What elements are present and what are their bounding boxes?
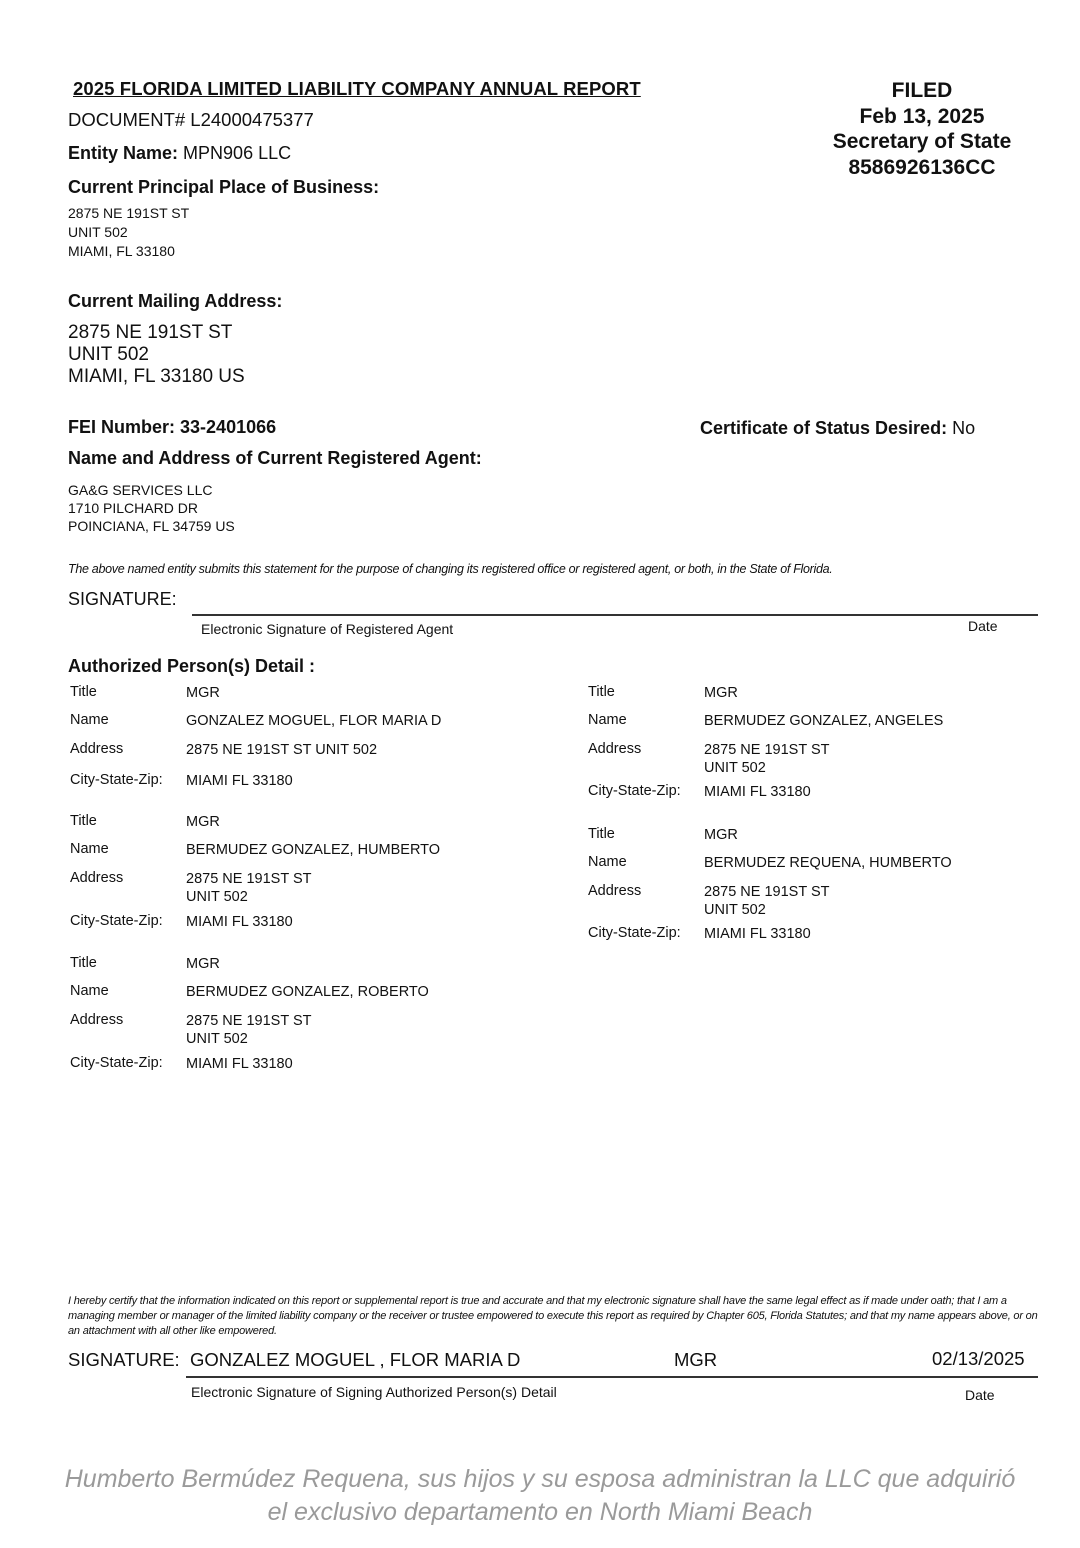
address-line: POINCIANA, FL 34759 US — [68, 517, 235, 535]
city-state-zip-label: City-State-Zip: — [70, 913, 163, 929]
authorized-person: Title MGR Name GONZALEZ MOGUEL, FLOR MAR… — [70, 684, 550, 794]
address-line: MIAMI, FL 33180 US — [68, 366, 245, 388]
title-label: Title — [70, 684, 97, 700]
authorized-person: Title MGR Name BERMUDEZ REQUENA, HUMBERT… — [588, 826, 1028, 946]
principal-place-address: 2875 NE 191ST ST UNIT 502 MIAMI, FL 3318… — [68, 204, 189, 261]
fei-number: FEI Number: 33-2401066 — [68, 417, 276, 438]
person-title: MGR — [704, 684, 738, 702]
person-name: BERMUDEZ GONZALEZ, HUMBERTO — [186, 841, 440, 859]
title-label: Title — [70, 813, 97, 829]
filed-stamp: FILED Feb 13, 2025 Secretary of State 85… — [812, 78, 1032, 180]
address-line: UNIT 502 — [68, 223, 189, 242]
city-state-zip-label: City-State-Zip: — [70, 772, 163, 788]
person-address: 2875 NE 191ST ST UNIT 502 — [186, 741, 377, 759]
person-title: MGR — [186, 813, 220, 831]
agent-signature-label: SIGNATURE: — [68, 589, 177, 610]
title-label: Title — [588, 826, 615, 842]
mailing-address: 2875 NE 191ST ST UNIT 502 MIAMI, FL 3318… — [68, 322, 245, 388]
address-line: 2875 NE 191ST ST — [68, 204, 189, 223]
person-address: 2875 NE 191ST ST UNIT 502 — [186, 870, 311, 906]
address-line: 1710 PILCHARD DR — [68, 499, 235, 517]
registered-agent-heading: Name and Address of Current Registered A… — [68, 448, 482, 469]
name-label: Name — [70, 983, 109, 999]
filed-status: FILED — [812, 78, 1032, 104]
address-line: UNIT 502 — [186, 1030, 311, 1048]
name-label: Name — [70, 712, 109, 728]
person-city-state-zip: MIAMI FL 33180 — [186, 1055, 293, 1073]
fei-value: 33-2401066 — [180, 417, 276, 437]
certificate-status-value: No — [952, 418, 975, 438]
address-line: 2875 NE 191ST ST — [68, 322, 245, 344]
person-title: MGR — [704, 826, 738, 844]
person-city-state-zip: MIAMI FL 33180 — [704, 925, 811, 943]
person-name: GONZALEZ MOGUEL, FLOR MARIA D — [186, 712, 441, 730]
entity-name-value: MPN906 LLC — [183, 143, 291, 163]
address-line: 2875 NE 191ST ST — [186, 1012, 311, 1030]
person-city-state-zip: MIAMI FL 33180 — [186, 772, 293, 790]
certificate-status-label: Certificate of Status Desired: — [700, 418, 947, 438]
name-label: Name — [70, 841, 109, 857]
person-name: BERMUDEZ REQUENA, HUMBERTO — [704, 854, 952, 872]
authorized-signer-title: MGR — [674, 1349, 717, 1371]
agent-statement: The above named entity submits this stat… — [68, 562, 832, 576]
agent-signature-line — [192, 614, 1038, 616]
authorized-person: Title MGR Name BERMUDEZ GONZALEZ, ROBERT… — [70, 955, 550, 1075]
address-label: Address — [70, 741, 123, 757]
authorized-person: Title MGR Name BERMUDEZ GONZALEZ, ANGELE… — [588, 684, 1028, 804]
city-state-zip-label: City-State-Zip: — [588, 783, 681, 799]
authorized-signature-label: SIGNATURE: — [68, 1349, 180, 1371]
agent-name: GA&G SERVICES LLC — [68, 481, 235, 499]
address-label: Address — [588, 741, 641, 757]
person-city-state-zip: MIAMI FL 33180 — [186, 913, 293, 931]
report-title: 2025 FLORIDA LIMITED LIABILITY COMPANY A… — [73, 78, 641, 100]
address-line: UNIT 502 — [68, 344, 245, 366]
filed-date: Feb 13, 2025 — [812, 104, 1032, 130]
title-label: Title — [588, 684, 615, 700]
photo-caption: Humberto Bermúdez Requena, sus hijos y s… — [60, 1463, 1020, 1529]
fei-label: FEI Number: — [68, 417, 175, 437]
authorized-signature-date: 02/13/2025 — [932, 1348, 1025, 1370]
entity-name: Entity Name: MPN906 LLC — [68, 143, 291, 164]
address-line: MIAMI, FL 33180 — [68, 242, 189, 261]
address-label: Address — [70, 1012, 123, 1028]
title-label: Title — [70, 955, 97, 971]
address-line: UNIT 502 — [704, 901, 829, 919]
authorized-person: Title MGR Name BERMUDEZ GONZALEZ, HUMBER… — [70, 813, 550, 933]
authorized-signature-date-label: Date — [965, 1387, 995, 1403]
city-state-zip-label: City-State-Zip: — [588, 925, 681, 941]
authorized-signature-caption: Electronic Signature of Signing Authoriz… — [191, 1384, 557, 1400]
address-label: Address — [70, 870, 123, 886]
document-number: DOCUMENT# L24000475377 — [68, 109, 314, 131]
person-address: 2875 NE 191ST ST UNIT 502 — [186, 1012, 311, 1048]
person-city-state-zip: MIAMI FL 33180 — [704, 783, 811, 801]
name-label: Name — [588, 712, 627, 728]
address-line: 2875 NE 191ST ST — [186, 870, 311, 888]
authorized-signature-line — [186, 1376, 1038, 1378]
agent-signature-date-label: Date — [968, 618, 998, 634]
person-name: BERMUDEZ GONZALEZ, ROBERTO — [186, 983, 429, 1001]
certificate-status: Certificate of Status Desired: No — [700, 418, 975, 439]
authorized-persons-heading: Authorized Person(s) Detail : — [68, 656, 315, 677]
filed-code: 8586926136CC — [812, 155, 1032, 181]
agent-signature-caption: Electronic Signature of Registered Agent — [201, 621, 453, 637]
name-label: Name — [588, 854, 627, 870]
address-line: 2875 NE 191ST ST — [704, 741, 829, 759]
registered-agent-address: GA&G SERVICES LLC 1710 PILCHARD DR POINC… — [68, 481, 235, 535]
mailing-address-heading: Current Mailing Address: — [68, 291, 282, 312]
address-line: UNIT 502 — [704, 759, 829, 777]
authorized-signer-name: GONZALEZ MOGUEL , FLOR MARIA D — [190, 1349, 520, 1371]
entity-name-label: Entity Name: — [68, 143, 178, 163]
city-state-zip-label: City-State-Zip: — [70, 1055, 163, 1071]
person-address: 2875 NE 191ST ST UNIT 502 — [704, 883, 829, 919]
person-title: MGR — [186, 955, 220, 973]
principal-place-heading: Current Principal Place of Business: — [68, 177, 379, 198]
address-line: UNIT 502 — [186, 888, 311, 906]
person-name: BERMUDEZ GONZALEZ, ANGELES — [704, 712, 943, 730]
address-line: 2875 NE 191ST ST — [704, 883, 829, 901]
certification-statement: I hereby certify that the information in… — [68, 1294, 1043, 1339]
person-title: MGR — [186, 684, 220, 702]
filed-office: Secretary of State — [812, 129, 1032, 155]
person-address: 2875 NE 191ST ST UNIT 502 — [704, 741, 829, 777]
address-label: Address — [588, 883, 641, 899]
